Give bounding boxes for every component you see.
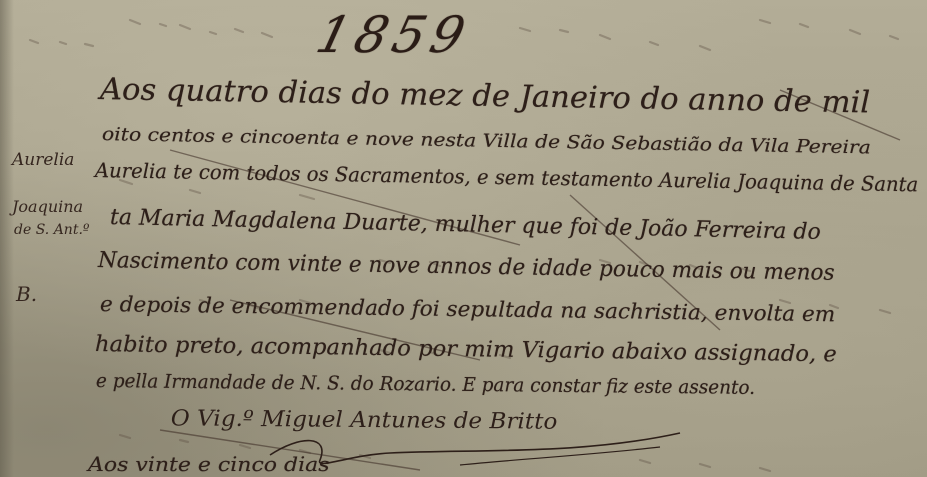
year-heading: 1859 xyxy=(311,6,477,64)
page-edge-shadow xyxy=(0,0,14,477)
vicar-signature: O Vig.º Miguel Antunes de Britto xyxy=(171,406,558,434)
record-line-6: e depois de encommendado foi sepultada n… xyxy=(100,292,836,326)
record-line-5: Nascimento com vinte e nove annos de ida… xyxy=(98,248,835,286)
margin-note-name-2: Joaquina xyxy=(12,197,83,216)
record-line-1: Aos quatro dias do mez de Janeiro do ann… xyxy=(100,72,871,120)
record-line-2: oito centos e cincoenta e nove nesta Vil… xyxy=(102,124,871,158)
margin-note-name-1: Aurelia xyxy=(12,150,74,170)
record-line-3: Aurelia te com todos os Sacramentos, e s… xyxy=(95,158,919,196)
margin-note-parish: de S. Ant.º xyxy=(14,222,89,238)
record-line-7: habito preto, acompanhado por mim Vigari… xyxy=(95,332,837,367)
margin-note-mark: B. xyxy=(16,282,37,306)
record-line-4: ta Maria Magdalena Duarte, mulher que fo… xyxy=(110,205,821,245)
next-entry-start: Aos vinte e cinco dias xyxy=(88,452,330,476)
record-line-8: e pella Irmandade de N. S. do Rozario. E… xyxy=(96,370,755,399)
